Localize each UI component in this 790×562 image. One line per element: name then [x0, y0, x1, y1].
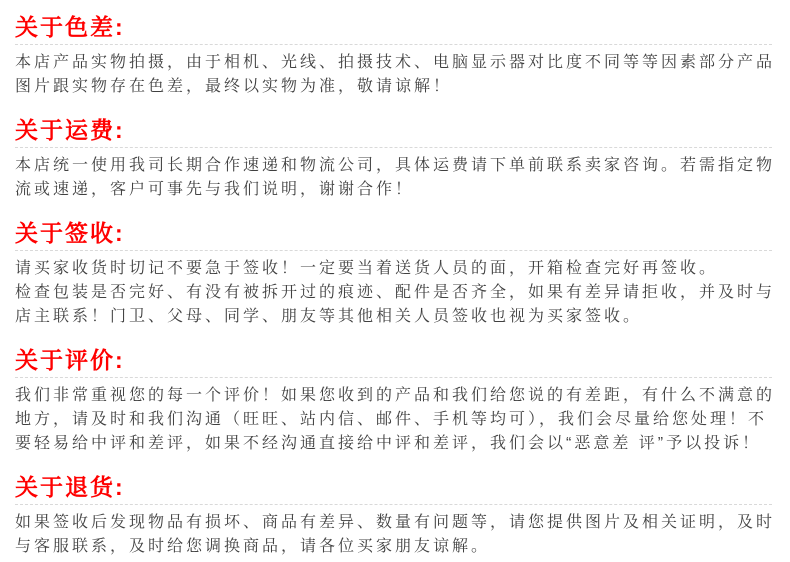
- section-heading: 关于退货:: [15, 474, 777, 500]
- section-body: 我们非常重视您的每一个评价！如果您收到的产品和我们给您说的有差距，有什么不满意的…: [15, 384, 777, 456]
- section-body: 本店统一使用我司长期合作速递和物流公司，具体运费请下单前联系卖家咨询。若需指定物…: [15, 154, 777, 202]
- dashed-divider: [15, 147, 772, 148]
- dashed-divider: [15, 504, 772, 505]
- section-sign-receipt: 关于签收: 请买家收货时切记不要急于签收！一定要当着送货人员的面，开箱检查完好再…: [15, 220, 777, 329]
- section-body: 请买家收货时切记不要急于签收！一定要当着送货人员的面，开箱检查完好再签收。: [15, 257, 777, 281]
- section-body: 本店产品实物拍摄，由于相机、光线、拍摄技术、电脑显示器对比度不同等等因素部分产品…: [15, 51, 777, 99]
- notice-page: 关于色差: 本店产品实物拍摄，由于相机、光线、拍摄技术、电脑显示器对比度不同等等…: [0, 0, 790, 562]
- section-shipping-fee: 关于运费: 本店统一使用我司长期合作速递和物流公司，具体运费请下单前联系卖家咨询…: [15, 117, 777, 202]
- section-returns: 关于退货: 如果签收后发现物品有损坏、商品有差异、数量有问题等，请您提供图片及相…: [15, 474, 777, 559]
- section-review: 关于评价: 我们非常重视您的每一个评价！如果您收到的产品和我们给您说的有差距，有…: [15, 347, 777, 456]
- section-heading: 关于签收:: [15, 220, 777, 246]
- section-heading: 关于运费:: [15, 117, 777, 143]
- dashed-divider: [15, 377, 772, 378]
- section-heading: 关于色差:: [15, 14, 777, 40]
- section-body: 如果签收后发现物品有损坏、商品有差异、数量有问题等，请您提供图片及相关证明，及时…: [15, 511, 777, 559]
- dashed-divider: [15, 44, 772, 45]
- section-heading: 关于评价:: [15, 347, 777, 373]
- section-color-difference: 关于色差: 本店产品实物拍摄，由于相机、光线、拍摄技术、电脑显示器对比度不同等等…: [15, 14, 777, 99]
- dashed-divider: [15, 250, 772, 251]
- section-body: 检查包装是否完好、有没有被拆开过的痕迹、配件是否齐全，如果有差异请拒收，并及时与…: [15, 281, 777, 329]
